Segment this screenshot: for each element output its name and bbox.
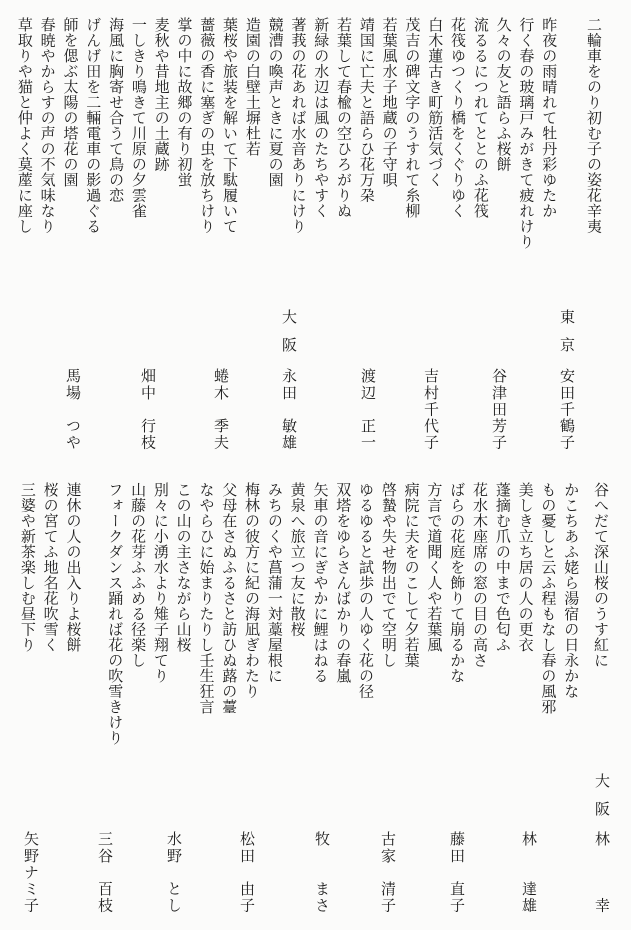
haiku-column: 三婆や新茶楽しむ昼下り <box>15 482 38 762</box>
haiku-column: ゆるゆると試歩の人ゆく花の径 <box>353 482 376 762</box>
haiku-column: 草取りや猫と仲よく莫蓙に座し <box>12 17 35 277</box>
haiku-column: 若葉して春楡の空ひろがりぬ <box>331 17 354 277</box>
author-name: 安田千鶴子 <box>557 368 574 451</box>
haiku-column: 新緑の水辺は風のたちやすく <box>308 17 331 277</box>
author-name: 蜷木 季夫 <box>211 368 228 451</box>
haiku-column: 病院に夫をのこして夕若葉 <box>399 482 422 762</box>
haiku-column: 桜の宮てふ地名花吹雪く <box>38 482 61 762</box>
haiku-column: 行く春の玻璃戸みがきて疲れけり <box>514 17 537 277</box>
haiku-column: げんげ田を二輛電車の影過ぐる <box>80 17 103 277</box>
haiku-column: 掌の中に故郷の有り初蛍 <box>172 17 195 277</box>
haiku-column: 双塔をゆらさんばかりの春嵐 <box>330 482 353 762</box>
region-label: 大阪 <box>279 309 296 365</box>
author-name: 水野 とし <box>164 831 181 914</box>
author-name: 林 幸 <box>592 831 609 914</box>
region-label: 大阪 <box>592 773 609 829</box>
haiku-column: 美しき立ち居の人の更衣 <box>513 482 536 762</box>
haiku-column: 二輪車をのり初む子の姿花辛夷 <box>581 17 604 277</box>
author-name: 牧 まさ <box>312 831 329 914</box>
haiku-column: 谷へだて深山桜のうす紅に <box>588 482 611 762</box>
haiku-column: もの憂しと云ふ程もなし春の風邪 <box>536 482 559 762</box>
author-name: 林 達雄 <box>519 831 536 914</box>
haiku-column: 黄泉へ旅立つ友に散桜 <box>285 482 308 762</box>
haiku-column: 著莪の花あれば水音ありにけり <box>286 17 309 277</box>
haiku-section-top: 二輪車をのり初む子の姿花辛夷昨夜の雨晴れて牡丹彩ゆたか行く春の玻璃戸みがきて疲れ… <box>12 17 604 277</box>
haiku-column: なやらひに始まりたりし壬生狂言 <box>194 482 217 762</box>
haiku-column: この山の主さながら山桜 <box>171 482 194 762</box>
haiku-column: 昨夜の雨晴れて牡丹彩ゆたか <box>536 17 559 277</box>
haiku-section-bottom: 谷へだて深山桜のうす紅にかこちあふ姥ら湯宿の日永かなもの憂しと云ふ程もなし春の風… <box>15 482 611 762</box>
haiku-column: 別々に小湧水より雉子翔てり <box>148 482 171 762</box>
haiku-column: 啓蟄や失せ物出でて空明し <box>376 482 399 762</box>
author-name: 古家 清子 <box>378 831 395 914</box>
haiku-column: 父母在さぬふるさと訪ひぬ蕗の薹 <box>216 482 239 762</box>
region-label: 東京 <box>557 309 574 365</box>
author-name: 渡辺 正一 <box>358 368 375 451</box>
haiku-column: 久々の友と語らふ桜餅 <box>491 17 514 277</box>
haiku-column: 春暁やからすの声の不気味なり <box>35 17 58 277</box>
author-name: 馬場 つや <box>63 368 80 451</box>
haiku-column: 連休の人の出入りよ桜餅 <box>61 482 84 762</box>
haiku-column: 海風に胸寄せ合うて鳥の恋 <box>103 17 126 277</box>
haiku-column: 山藤の花芽ふふめる径楽し <box>125 482 148 762</box>
author-name: 松田 由子 <box>237 831 254 914</box>
haiku-column: 造園の白壁土塀杜若 <box>240 17 263 277</box>
haiku-column: 方言で道聞く人や若葉風 <box>422 482 445 762</box>
haiku-column: 葉桜や旅装を解いて下駄履いて <box>217 17 240 277</box>
haiku-column: 梅林の彼方に紀の海凪ぎわたり <box>239 482 262 762</box>
author-name: 三谷 百枝 <box>95 831 112 914</box>
author-name: 吉村千代子 <box>421 368 438 451</box>
author-name: 永田 敏雄 <box>279 368 296 451</box>
haiku-column: フォークダンス踊れば花の吹雪きけり <box>102 482 125 762</box>
haiku-column: 一しきり鳴きて川原の夕雲雀 <box>126 17 149 277</box>
haiku-column: 矢車の音にぎやかに鯉はねる <box>308 482 331 762</box>
haiku-column: 流るるにつれてととのふ花筏 <box>468 17 491 277</box>
haiku-column: ばらの花庭を飾りて崩るかな <box>444 482 467 762</box>
haiku-column: 茂吉の碑文字のうすれて糸柳 <box>400 17 423 277</box>
haiku-column: 師を偲ぶ太陽の塔花の園 <box>58 17 81 277</box>
haiku-column: 麦秋や昔地主の土蔵跡 <box>149 17 172 277</box>
haiku-column: 靖国に亡夫と語らひ花万朶 <box>354 17 377 277</box>
haiku-column: 競漕の喚声ときに夏の園 <box>263 17 286 277</box>
author-name: 藤田 直子 <box>447 831 464 914</box>
haiku-column: 若葉風水子地蔵の子守唄 <box>377 17 400 277</box>
haiku-column: 花水木座席の窓の目の高さ <box>467 482 490 762</box>
page: 二輪車をのり初む子の姿花辛夷昨夜の雨晴れて牡丹彩ゆたか行く春の玻璃戸みがきて疲れ… <box>0 0 631 930</box>
haiku-column: 蓬摘む爪の中まで色匂ふ <box>490 482 513 762</box>
author-name: 畑中 行枝 <box>138 368 155 451</box>
haiku-column: 薔薇の香に塞ぎの虫を放ちけり <box>194 17 217 277</box>
haiku-column: 花筏ゆつくり橋をくぐりゆく <box>445 17 468 277</box>
haiku-column: かこちあふ姥ら湯宿の日永かな <box>558 482 581 762</box>
haiku-column: みちのくや菖蒲一対藁屋根に <box>262 482 285 762</box>
author-name: 谷津田芳子 <box>489 368 506 451</box>
author-name: 矢野ナミ子 <box>21 831 38 914</box>
haiku-column: 白木蓮古き町筋活気づく <box>422 17 445 277</box>
